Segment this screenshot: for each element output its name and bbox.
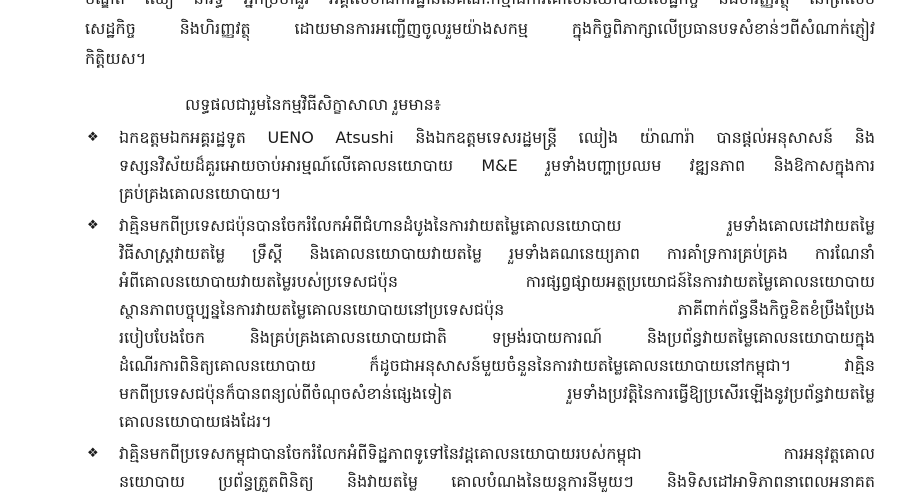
text-line: គ្រប់គ្រងគោលនយោបាយ។ [119,180,875,208]
text-line: ស្ថានភាពបច្ចុប្បន្ននៃការវាយតម្លៃគោលនយោបា… [119,296,875,324]
document-page: បណ្ឌិត ឈៀ នារិទ្ធ អ្នកប្រចាំជួរ អគ្គលេខា… [0,0,900,500]
document-content: បណ្ឌិត ឈៀ នារិទ្ធ អ្នកប្រចាំជួរ អគ្គលេខា… [85,0,875,496]
text-line: ទស្សនវិស័យដ៏គួរអោយចាប់អារម្មណ៍លើគោលនយោបា… [119,152,875,180]
bullet-item: ❖ វាគ្មិនមកពីប្រទេសកម្ពុជាបានចែករំលែកអំព… [85,440,875,496]
text-line: ដំណើរការពិនិត្យគោលនយោបាយ ក៏ដូចជាអនុសាសន៍… [119,352,875,380]
text-line: បណ្ឌិត ឈៀ នារិទ្ធ អ្នកប្រចាំជួរ អគ្គលេខា… [85,0,875,14]
intro-paragraph: បណ្ឌិត ឈៀ នារិទ្ធ អ្នកប្រចាំជួរ អគ្គលេខា… [85,0,875,74]
text-line: វិធីសាស្ត្រវាយតម្លៃ ទ្រឹស្តី និងគោលនយោបា… [119,240,875,268]
diamond-bullet-icon: ❖ [85,124,119,152]
text-line: សេដ្ឋកិច្ច និងហិរញ្ញវត្ថុ ដោយមានការអញ្ជើ… [85,14,875,44]
text-line: គោលនយោបាយផងដែរ។ [119,408,875,436]
text-line: អំពីគោលនយោបាយវាយតម្លៃរបស់ប្រទេសជប៉ុន ការ… [119,268,875,296]
lead-in-sentence: លទ្ធផលជារួមនៃកម្មវិធីសិក្ខាសាលា រួមមាន៖ [185,90,875,120]
bullet-item: ❖ វាគ្មិនមកពីប្រទេសជប៉ុនបានចែករំលែកអំពីជ… [85,212,875,436]
text-line: វាគ្មិនមកពីប្រទេសកម្ពុជាបានចែករំលែកអំពីទ… [119,440,875,468]
bullet-list: ❖ ឯកឧត្តមឯកអគ្គរដ្ឋទូត UENO Atsushi និងឯ… [85,124,875,496]
text-line: វាគ្មិនមកពីប្រទេសជប៉ុនបានចែករំលែកអំពីជំហ… [119,212,875,240]
text-line: នយោបាយ ប្រព័ន្ធត្រួតពិនិត្យ និងវាយតម្លៃ … [119,468,875,496]
text-line: ឯកឧត្តមឯកអគ្គរដ្ឋទូត UENO Atsushi និងឯកឧ… [119,124,875,152]
bullet-text: វាគ្មិនមកពីប្រទេសជប៉ុនបានចែករំលែកអំពីជំហ… [119,212,875,436]
diamond-bullet-icon: ❖ [85,212,119,240]
diamond-bullet-icon: ❖ [85,440,119,468]
text-line: របៀបបែងចែក និងគ្រប់គ្រងគោលនយោបាយជាតិ ទម្… [119,324,875,352]
bullet-text: ឯកឧត្តមឯកអគ្គរដ្ឋទូត UENO Atsushi និងឯកឧ… [119,124,875,208]
text-line: កិត្តិយស។ [85,44,875,74]
bullet-text: វាគ្មិនមកពីប្រទេសកម្ពុជាបានចែករំលែកអំពីទ… [119,440,875,496]
bullet-item: ❖ ឯកឧត្តមឯកអគ្គរដ្ឋទូត UENO Atsushi និងឯ… [85,124,875,208]
text-line: មកពីប្រទេសជប៉ុនក៏បានពន្យល់ពីចំណុចសំខាន់ផ… [119,380,875,408]
